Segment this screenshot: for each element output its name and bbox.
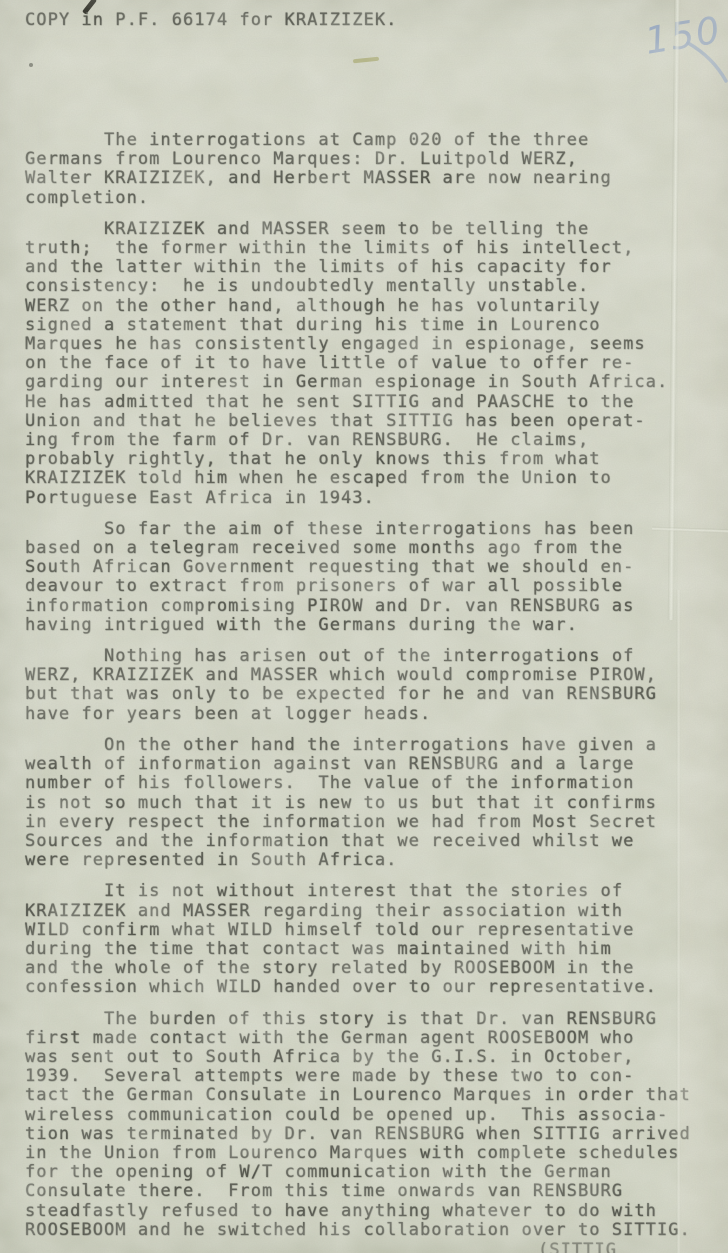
ink-speck — [29, 63, 33, 67]
paragraph-wild-confirmation: It is not without interest that the stor… — [25, 882, 725, 997]
copy-reference-line: COPY in P.F. 66174 for KRAIZIZEK. — [25, 11, 397, 30]
paragraph-aim-of-interrogations: So far the aim of these interrogations h… — [25, 520, 725, 635]
typed-body: The interrogations at Camp 020 of the th… — [25, 131, 725, 1252]
paragraph-kraizizek-masser-werz-assessment: KRAIZIZEK and MASSER seem to be telling … — [25, 220, 725, 508]
document-page: COPY in P.F. 66174 for KRAIZIZEK. 150 Th… — [0, 0, 728, 1253]
paragraph-burden-of-story: The burden of this story is that Dr. van… — [25, 1010, 725, 1240]
vertical-crease-lower — [676, 590, 681, 1253]
paragraph-interrogations-nearing-completion: The interrogations at Camp 020 of the th… — [25, 131, 725, 208]
paragraph-wealth-of-information: On the other hand the interrogations hav… — [25, 736, 725, 870]
paragraph-nothing-compromising-pirow: Nothing has arisen out of the interrogat… — [25, 647, 725, 724]
right-edge-light-strip — [678, 0, 728, 1253]
catchword-next-page: (SITTIG — [538, 1241, 617, 1253]
olive-smudge — [353, 57, 379, 64]
